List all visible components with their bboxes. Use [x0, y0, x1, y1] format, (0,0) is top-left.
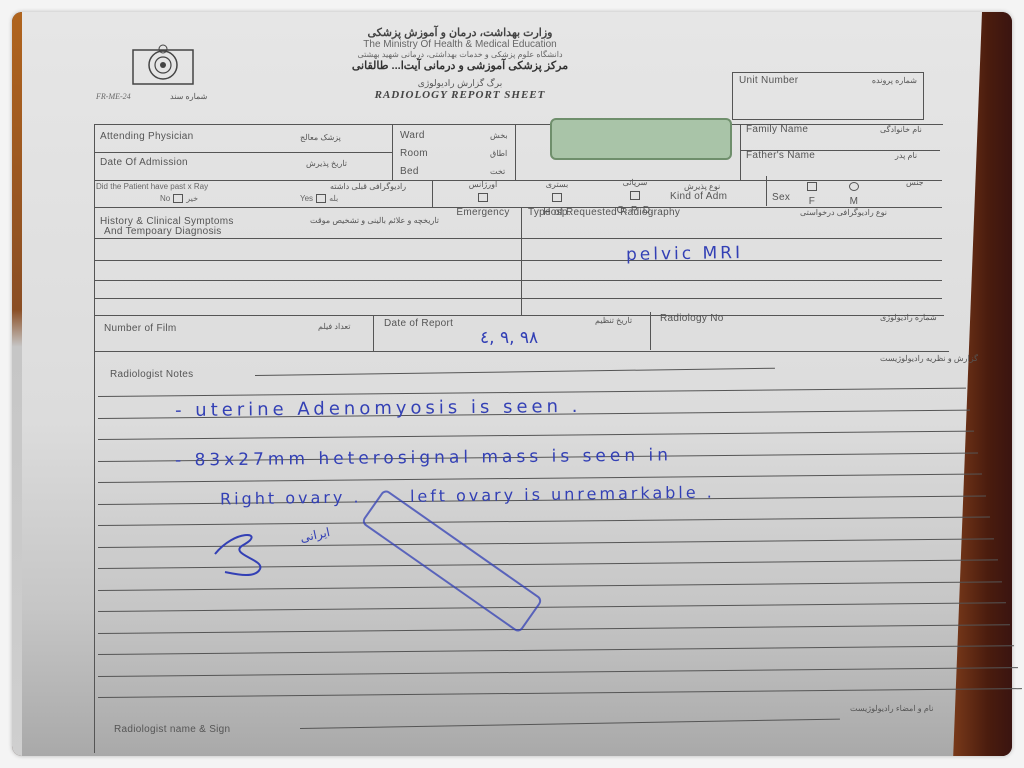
past-xray-yes[interactable]: Yesبله — [300, 194, 338, 203]
emergency-label: Emergency — [440, 207, 526, 218]
emergency-checkbox[interactable] — [478, 193, 488, 202]
kind-of-adm-label: Kind of Adm — [670, 191, 727, 202]
requested-radiography-label-fa: نوع رادیوگرافی درخواستی — [800, 208, 887, 217]
no-checkbox[interactable] — [173, 194, 183, 203]
room-label: Room — [400, 148, 428, 159]
ward-label-fa: بخش — [490, 131, 508, 140]
number-of-film-label: Number of Film — [104, 323, 177, 334]
requested-radiography-value[interactable]: pelvic MRI — [626, 243, 743, 265]
yes-checkbox[interactable] — [316, 194, 326, 203]
sex-label-fa: جنس — [906, 178, 924, 187]
yes-label: Yes — [300, 194, 313, 203]
history-label-fa: تاریخچه و علائم بالینی و تشخیص موقت — [310, 216, 439, 225]
fathers-name-label-fa: نام پدر — [895, 151, 917, 160]
history-label-2: And Tempoary Diagnosis — [104, 226, 222, 237]
fathers-name-label: Father's Name — [746, 150, 815, 161]
requested-radiography-label: Type of Requested Radiography — [528, 207, 680, 218]
attending-physician-label: Attending Physician — [100, 131, 194, 142]
no-label: No — [160, 194, 170, 203]
ministry-title-en: The Ministry Of Health & Medical Educati… — [300, 39, 620, 50]
center-fa: مرکز پزشکی آموزشی و درمانی آیت‌ا... طالق… — [300, 59, 620, 72]
sex-female[interactable]: F — [804, 178, 820, 207]
unit-number-label-fa: شماره پرونده — [872, 76, 917, 85]
yes-label-fa: بله — [329, 194, 338, 203]
form-code: FR-ME-24 — [96, 92, 131, 101]
radiology-no-label-fa: شماره رادیولوژی — [880, 313, 937, 322]
past-xray-label-fa: رادیوگرافی قبلی داشته — [330, 182, 406, 191]
ward-label: Ward — [400, 130, 425, 141]
past-xray-label: Did the Patient have past x Ray — [96, 182, 208, 191]
female-checkbox[interactable] — [807, 182, 817, 191]
form-code-fa: شماره سند — [170, 92, 207, 101]
ministry-title-fa: وزارت بهداشت، درمان و آموزش پزشکی — [300, 26, 620, 39]
hosp-checkbox[interactable] — [552, 193, 562, 202]
male-label: M — [846, 196, 862, 207]
opd-label-fa: سرپائی — [604, 178, 666, 187]
date-of-report-value[interactable]: ۹۸ ,۹ ,٤ — [480, 328, 538, 348]
notes-line-1[interactable]: - uterine Adenomyosis is seen . — [175, 396, 582, 421]
signature — [205, 524, 305, 585]
past-xray-no[interactable]: Noخیر — [160, 194, 198, 203]
family-name-label-fa: نام خانوادگی — [880, 125, 922, 134]
redacted-patient-name — [550, 118, 732, 160]
university-fa: دانشگاه علوم پزشکی و خدمات بهداشتی، درما… — [300, 50, 620, 59]
radiologist-notes-label: Radiologist Notes — [110, 369, 193, 380]
no-label-fa: خیر — [186, 194, 198, 203]
radiologist-sign-label-fa: نام و امضاء رادیولوژیست — [850, 704, 933, 713]
number-of-film-label-fa: تعداد فیلم — [318, 322, 351, 331]
female-label: F — [804, 196, 820, 207]
date-of-report-label: Date of Report — [384, 318, 453, 329]
adm-emergency[interactable]: اورژانس Emergency — [440, 180, 526, 218]
sheet-title-fa: برگ گزارش رادیولوژی — [300, 78, 620, 89]
sheet-title-en: RADIOLOGY REPORT SHEET — [300, 89, 620, 101]
attending-physician-label-fa: پزشک معالج — [300, 133, 341, 142]
bed-label-fa: تخت — [490, 167, 505, 176]
family-name-label: Family Name — [746, 124, 808, 135]
date-of-admission-label-fa: تاریخ پذیرش — [306, 159, 347, 168]
bed-label: Bed — [400, 166, 419, 177]
opd-checkbox[interactable] — [630, 191, 640, 200]
sex-male[interactable]: M — [846, 178, 862, 207]
radiologist-notes-label-fa: گزارش و نظریه رادیولوژیست — [880, 354, 978, 363]
date-of-report-label-fa: تاریخ تنظیم — [595, 316, 632, 325]
unit-number-label: Unit Number — [739, 75, 798, 86]
date-of-admission-label: Date Of Admission — [100, 157, 188, 168]
radiology-no-label: Radiology No — [660, 313, 724, 324]
hosp-label-fa: بستری — [532, 180, 582, 189]
radiologist-sign-label: Radiologist name & Sign — [114, 724, 230, 735]
ministry-emblem-icon — [128, 44, 198, 86]
sex-label: Sex — [772, 192, 790, 203]
room-label-fa: اطاق — [490, 149, 507, 158]
male-checkbox[interactable] — [849, 182, 859, 191]
unit-number-box[interactable]: Unit Number شماره پرونده — [732, 72, 924, 120]
kind-of-adm-label-fa: نوع پذیرش — [684, 182, 720, 191]
emergency-label-fa: اورژانس — [440, 180, 526, 189]
